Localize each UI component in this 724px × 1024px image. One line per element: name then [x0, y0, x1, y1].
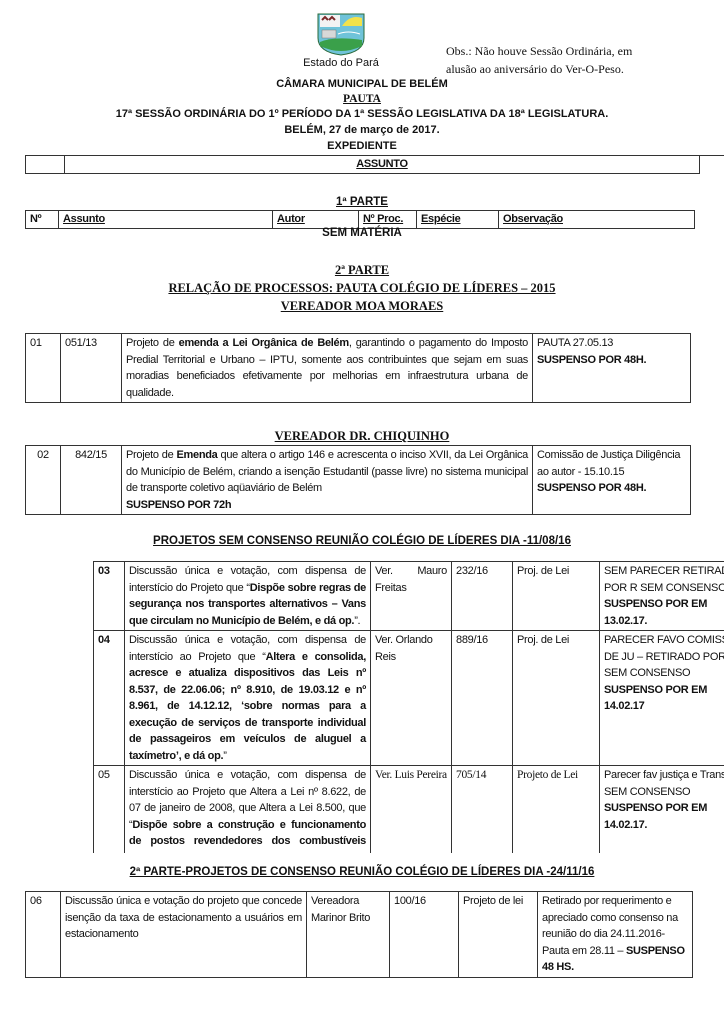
col-especie: Espécie	[417, 211, 499, 229]
row-proc: 889/16	[452, 631, 513, 766]
row-proc: 705/14	[452, 766, 513, 854]
row-num: 06	[26, 892, 61, 978]
row-num: 01	[26, 334, 61, 403]
table-row: 04 Discussão única e votação, com dispen…	[94, 631, 724, 766]
observation-line-1: Obs.: Não houve Sessão Ordinária, em	[446, 42, 716, 60]
expediente-table: ASSUNTO	[25, 155, 700, 174]
expediente-empty-cell	[26, 156, 65, 174]
table-row: 06 Discussão única e votação do projeto …	[26, 892, 693, 978]
pauta-title: PAUTA	[0, 93, 724, 105]
row-subject: Discussão única e votação, com dispensa …	[125, 766, 371, 854]
divider	[697, 155, 724, 156]
row-proc: 232/16	[452, 562, 513, 631]
row-subject: Discussão única e votação, com dispensa …	[125, 562, 371, 631]
consenso-table: 06 Discussão única e votação do projeto …	[25, 891, 693, 978]
row-observation: Parecer fav justiça e Transpo SEM CONSEN…	[600, 766, 724, 854]
row-observation: Retirado por requerimento e apreciado co…	[538, 892, 693, 978]
parte1-title: 1ª PARTE	[0, 196, 724, 208]
state-label: Estado do Pará	[296, 57, 386, 69]
row-type: Proj. de Lei	[513, 631, 600, 766]
observation-line-2: alusão ao aniversário do Ver-O-Peso.	[446, 60, 716, 78]
sem-consenso-clip: 03 Discussão única e votação, com dispen…	[93, 561, 724, 853]
sem-materia: SEM MATÉRIA	[0, 227, 724, 239]
sem-consenso-table: 03 Discussão única e votação, com dispen…	[93, 561, 724, 853]
col-autor: Autor	[273, 211, 359, 229]
row-subject: Discussão única e votação, com dispensa …	[125, 631, 371, 766]
row-subject: Projeto de Emenda que altera o artigo 14…	[122, 446, 533, 515]
row-proc: 100/16	[390, 892, 459, 978]
parte2-title: 2ª PARTE	[0, 263, 724, 278]
row-author: Ver. Luis Pereira	[371, 766, 452, 854]
table-row: 03 Discussão única e votação, com dispen…	[94, 562, 724, 631]
row-proc: 051/13	[61, 334, 122, 403]
row-author: Vereadora Marinor Brito	[307, 892, 390, 978]
expediente-title: EXPEDIENTE	[0, 140, 724, 152]
chamber-name: CÂMARA MUNICIPAL DE BELÉM	[0, 78, 724, 90]
row-observation: PAUTA 27.05.13SUSPENSO POR 48H.	[533, 334, 691, 403]
row-num: 04	[94, 631, 125, 766]
row-observation: Comissão de Justiça Diligência ao autor …	[533, 446, 691, 515]
row-type: Projeto de lei	[459, 892, 538, 978]
observation-note: Obs.: Não houve Sessão Ordinária, em alu…	[446, 42, 716, 78]
row-type: Projeto de Lei	[513, 766, 600, 854]
parte2-subtitle: RELAÇÃO DE PROCESSOS: PAUTA COLÉGIO DE L…	[0, 281, 724, 296]
row-subject: Discussão única e votação do projeto que…	[61, 892, 307, 978]
row-observation: SEM PARECER RETIRADO POR R SEM CONSENSOS…	[600, 562, 724, 631]
table-row: 02 842/15 Projeto de Emenda que altera o…	[26, 446, 691, 515]
row-num: 03	[94, 562, 125, 631]
parte1-table: Nº Assunto Autor Nº Proc. Espécie Observ…	[25, 210, 695, 229]
col-num: Nº	[26, 211, 59, 229]
col-assunto: Assunto	[59, 211, 273, 229]
row-observation: PARECER FAVO COMISSÃO DE JU – RETIRADO P…	[600, 631, 724, 766]
parte2-row-01-table: 01 051/13 Projeto de emenda a Lei Orgâni…	[25, 333, 691, 403]
row-author: Ver. Mauro Freitas	[371, 562, 452, 631]
parte2-row-02-table: 02 842/15 Projeto de Emenda que altera o…	[25, 445, 691, 515]
group-moa-moraes: VEREADOR MOA MORAES	[0, 299, 724, 314]
sem-consenso-title: PROJETOS SEM CONSENSO REUNIÃO COLÉGIO DE…	[0, 535, 724, 547]
session-title: 17ª SESSÃO ORDINÁRIA DO 1º PERÍODO DA 1ª…	[0, 108, 724, 120]
row-proc: 842/15	[61, 446, 122, 515]
row-type: Proj. de Lei	[513, 562, 600, 631]
consenso-title: 2ª PARTE-PROJETOS DE CONSENSO REUNIÃO CO…	[0, 866, 724, 878]
row-num: 05	[94, 766, 125, 854]
col-observacao: Observação	[499, 211, 695, 229]
table-row: 05 Discussão única e votação, com dispen…	[94, 766, 724, 854]
row-num: 02	[26, 446, 61, 515]
col-proc: Nº Proc.	[359, 211, 417, 229]
row-subject: Projeto de emenda a Lei Orgânica de Belé…	[122, 334, 533, 403]
session-date: BELÉM, 27 de março de 2017.	[0, 124, 724, 136]
group-dr-chiquinho: VEREADOR DR. CHIQUINHO	[0, 429, 724, 444]
row-author: Ver. Orlando Reis	[371, 631, 452, 766]
table-row: 01 051/13 Projeto de emenda a Lei Orgâni…	[26, 334, 691, 403]
coat-of-arms-logo	[314, 12, 368, 56]
expediente-assunto-header: ASSUNTO	[65, 156, 700, 174]
